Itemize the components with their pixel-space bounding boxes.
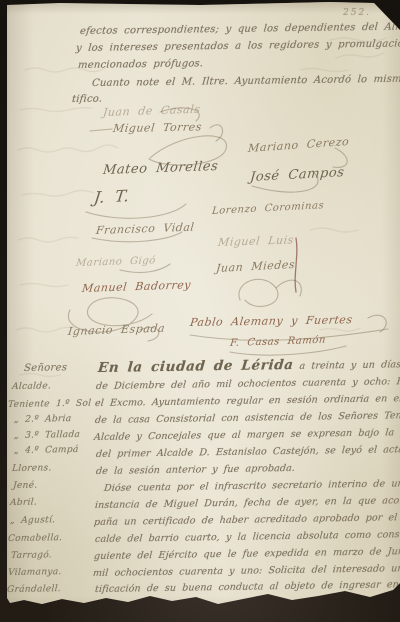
- margin-attendee: „ 3.º Tallada: [14, 430, 81, 441]
- signature: Ignacio Espada: [67, 322, 165, 338]
- signature-flourishes: [0, 0, 400, 622]
- manuscript-line: efectos correspondientes; y que los depe…: [79, 21, 400, 37]
- margin-attendee: Teniente 1.º Sol: [8, 399, 92, 410]
- margin-attendee: „ Agustí.: [10, 515, 56, 526]
- manuscript-line: de la casa Consistorial con asistencia d…: [95, 409, 400, 426]
- signature: Juan Miedes: [215, 258, 295, 275]
- margin-attendee: Tarragó.: [11, 550, 53, 561]
- manuscript-line: Cuanto note el M. Iltre. Ayuntamiento Ac…: [91, 73, 400, 89]
- margin-attendee: Abril.: [10, 498, 38, 508]
- paper-edge-shading: [0, 0, 400, 622]
- manuscript-line: En la ciudad de Léridaa treinta y un día…: [97, 355, 400, 376]
- manuscript-line: instancia de Miguel Durán, fecha de ayer…: [95, 495, 400, 511]
- manuscript-line: del primer Alcalde D. Estanislao Castejó…: [96, 444, 400, 460]
- signature: Juan de Casals: [102, 103, 201, 119]
- signature: Francisco Vidal: [95, 221, 195, 237]
- signature: José Campos: [249, 165, 345, 185]
- manuscript-line: mil ochocientos cuarenta y uno: Solicita…: [93, 563, 400, 579]
- manuscript-line: tifico.: [71, 94, 102, 105]
- manuscript-line: calde del barrio cuarto, y la licencia a…: [95, 529, 400, 545]
- signature: Miguel Torres: [112, 120, 203, 135]
- manuscript-line: paña un certificado de haber acreditado …: [94, 512, 400, 528]
- manuscript-line: Dióse cuenta por el infrascrito secretar…: [104, 478, 400, 494]
- margin-attendee: „ 2.º Abria: [14, 414, 72, 425]
- margin-attendee: Comabella.: [8, 533, 63, 544]
- manuscript-line: de la sesión anterior y fue aprobada.: [96, 463, 296, 477]
- manuscript-page: 252. efectos correspondientes; y que los…: [0, 0, 400, 622]
- manuscript-line: el Excmo. Ayuntamiento regular en sesión…: [95, 393, 400, 409]
- margin-attendee: Alcalde.: [12, 381, 52, 392]
- signature: Mariano Cerezo: [248, 135, 350, 155]
- margin-attendee: Llorens.: [12, 463, 52, 474]
- session-line-tail: a treinta y un días del mes: [299, 359, 400, 372]
- scan-background: 252. efectos correspondientes; y que los…: [0, 0, 400, 622]
- signature: Miguel Luis: [217, 233, 294, 249]
- signature: Mariano Gigó: [75, 255, 156, 269]
- manuscript-line: Alcalde y Concejales que al margen se ex…: [94, 426, 400, 443]
- manuscript-line: guiente del Ejército que le fue expedida…: [94, 546, 400, 562]
- margin-attendee: „ 4.º Campá: [14, 445, 79, 456]
- signature: J. T.: [93, 186, 131, 207]
- margin-attendee: Vilamanya.: [8, 567, 62, 578]
- folio-number: 252.: [343, 8, 371, 18]
- margin-attendee: Jené.: [13, 481, 38, 491]
- signature: Pablo Alemany y Fuertes: [189, 313, 353, 329]
- signature: Manuel Badorrey: [81, 278, 191, 295]
- bleedthrough-ghost-lines: [0, 0, 400, 622]
- signature: Mateo Morelles: [102, 159, 219, 178]
- signature: Lorenzo Corominas: [212, 200, 325, 217]
- manuscript-line: tificación de su buena conducta al objet…: [95, 579, 400, 595]
- manuscript-line: mencionados prófugos.: [77, 58, 203, 71]
- margin-heading: Señores: [24, 362, 68, 374]
- manuscript-line: y los intereses presentados a los regido…: [75, 38, 400, 54]
- signature: F. Casas Ramón: [229, 335, 326, 349]
- manuscript-line: de Diciembre del año mil ochocientos cua…: [96, 376, 400, 392]
- session-opening-phrase: En la ciudad de Lérida: [97, 357, 294, 376]
- margin-attendee: Grándalell.: [7, 584, 62, 595]
